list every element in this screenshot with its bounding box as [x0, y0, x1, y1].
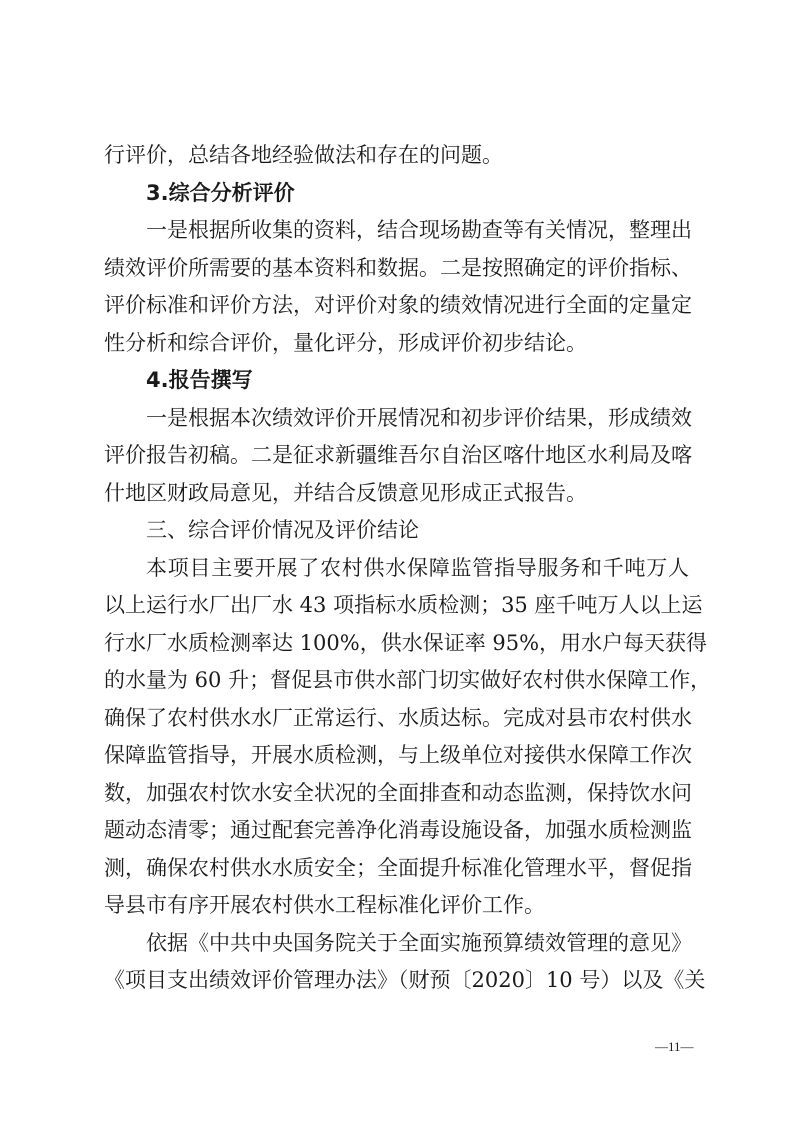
section-heading-report-writing: 4.报告撰写: [104, 362, 689, 400]
paragraph-line: 评价报告初稿。二是征求新疆维吾尔自治区喀什地区水利局及喀: [104, 437, 689, 475]
page-number: —11—: [655, 1039, 694, 1055]
paragraph-line: 性分析和综合评价，量化评分，形成评价初步结论。: [104, 325, 689, 363]
paragraph-line: 的水量为 60 升；督促县市供水部门切实做好农村供水保障工作，: [104, 662, 689, 700]
document-page: 行评价，总结各地经验做法和存在的问题。 3.综合分析评价 一是根据所收集的资料，…: [104, 137, 689, 1000]
paragraph-line: 以上运行水厂出厂水 43 项指标水质检测；35 座千吨万人以上运: [104, 587, 689, 625]
paragraph-line: 依据《中共中央国务院关于全面实施预算绩效管理的意见》: [104, 925, 689, 963]
paragraph-line: 行评价，总结各地经验做法和存在的问题。: [104, 137, 689, 175]
paragraph-line: 保障监管指导，开展水质检测，与上级单位对接供水保障工作次: [104, 737, 689, 775]
paragraph-line: 什地区财政局意见，并结合反馈意见形成正式报告。: [104, 475, 689, 513]
paragraph-line: 评价标准和评价方法，对评价对象的绩效情况进行全面的定量定: [104, 287, 689, 325]
paragraph-line: 数，加强农村饮水安全状况的全面排查和动态监测，保持饮水问: [104, 775, 689, 813]
section-heading-evaluation-conclusion: 三、综合评价情况及评价结论: [104, 512, 689, 550]
paragraph-line: 绩效评价所需要的基本资料和数据。二是按照确定的评价指标、: [104, 250, 689, 288]
section-heading-comprehensive-analysis: 3.综合分析评价: [104, 175, 689, 213]
paragraph-line: 导县市有序开展农村供水工程标准化评价工作。: [104, 887, 689, 925]
paragraph-line: 《项目支出绩效评价管理办法》（财预〔2020〕10 号）以及《关: [104, 962, 689, 1000]
paragraph-line: 确保了农村供水水厂正常运行、水质达标。完成对县市农村供水: [104, 700, 689, 738]
paragraph-line: 一是根据本次绩效评价开展情况和初步评价结果，形成绩效: [104, 400, 689, 438]
paragraph-line: 行水厂水质检测率达 100%，供水保证率 95%，用水户每天获得: [104, 625, 689, 663]
paragraph-line: 一是根据所收集的资料，结合现场勘查等有关情况，整理出: [104, 212, 689, 250]
paragraph-line: 测，确保农村供水水质安全；全面提升标准化管理水平，督促指: [104, 850, 689, 888]
paragraph-line: 本项目主要开展了农村供水保障监管指导服务和千吨万人: [104, 550, 689, 588]
paragraph-line: 题动态清零；通过配套完善净化消毒设施设备，加强水质检测监: [104, 812, 689, 850]
